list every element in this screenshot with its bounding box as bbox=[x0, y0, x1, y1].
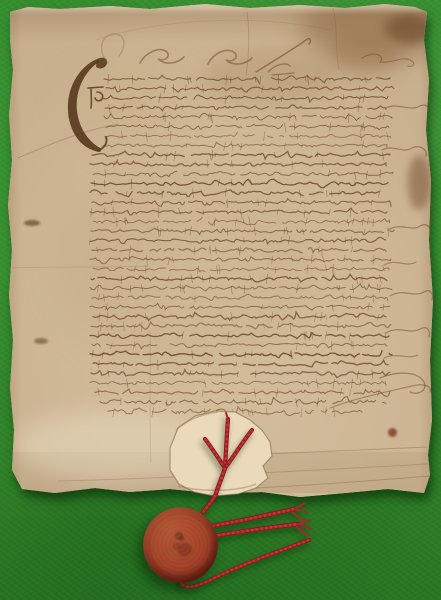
stain bbox=[385, 14, 433, 44]
photograph-of-manuscript: { "scene": { "width": 441, "height": 600… bbox=[0, 0, 441, 600]
stain bbox=[34, 338, 48, 344]
plica-fold-band bbox=[0, 452, 441, 493]
stain bbox=[300, 0, 441, 62]
stain bbox=[330, 30, 400, 75]
parchment-sheet-wrap bbox=[0, 0, 441, 600]
stain bbox=[0, 0, 441, 10]
stain bbox=[388, 428, 397, 437]
stain bbox=[200, 50, 340, 105]
parchment-sheet bbox=[0, 0, 441, 600]
stain bbox=[408, 155, 430, 210]
stain bbox=[60, 60, 180, 140]
stain bbox=[24, 220, 40, 226]
wax-seal bbox=[143, 507, 218, 583]
stain bbox=[55, 170, 315, 370]
